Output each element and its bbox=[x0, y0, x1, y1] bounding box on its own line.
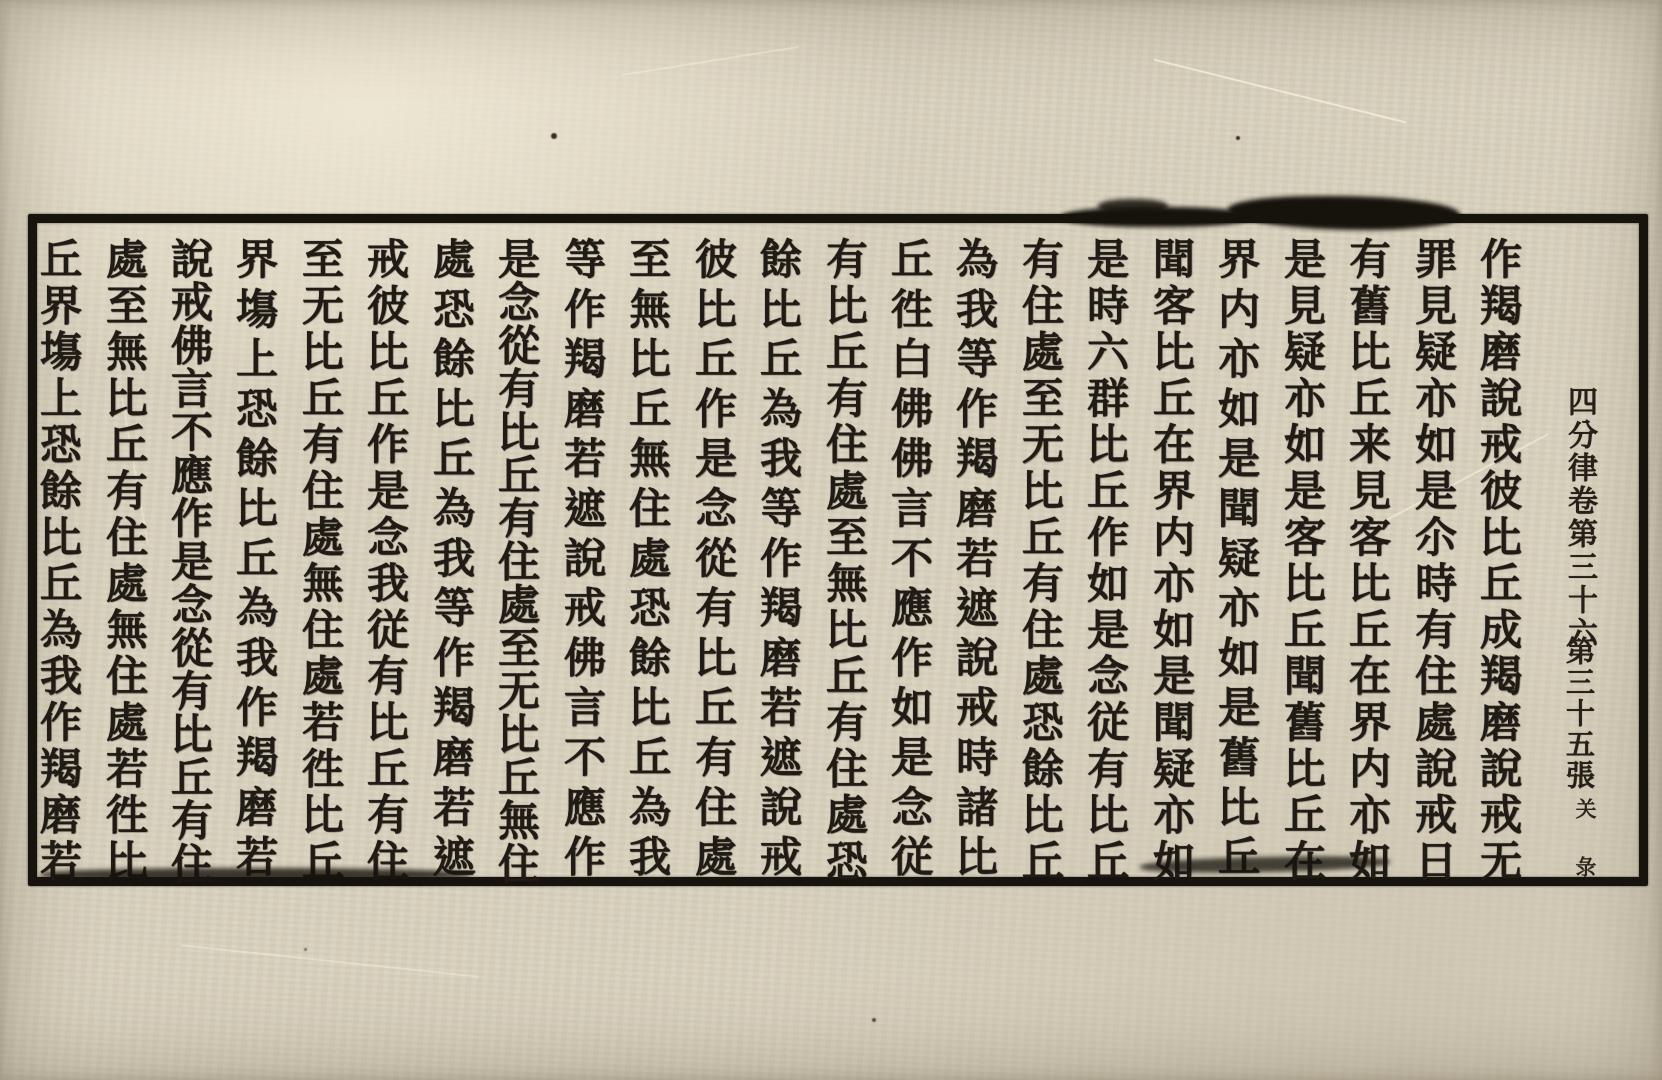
text-column-1: 作羯磨說戒彼比丘成羯磨說戒无 bbox=[1474, 237, 1522, 887]
ink-speck bbox=[551, 133, 557, 139]
manuscript-page: 作羯磨說戒彼比丘成羯磨說戒无罪見疑亦如是尒時有住處說戒日有舊比丘来見客比丘在界内… bbox=[0, 0, 1662, 1080]
paper-fiber bbox=[181, 944, 480, 977]
text-column-10: 丘徃白佛佛言不應作如是念従 bbox=[885, 237, 933, 887]
text-column-5: 界内亦如是聞疑亦如是舊比丘 bbox=[1212, 237, 1260, 887]
ink-speck bbox=[872, 1018, 876, 1022]
text-column-22: 處至無比丘有住處無住處若徃比 bbox=[100, 237, 148, 887]
text-column-2: 罪見疑亦如是尒時有住處說戒日 bbox=[1409, 237, 1457, 887]
text-column-18: 戒彼比丘作是念我従有比丘有住 bbox=[361, 237, 409, 887]
text-column-7: 是時六群比丘作如是念従有比丘 bbox=[1081, 237, 1129, 887]
text-column-4: 是見疑亦如是客比丘聞舊比丘在 bbox=[1278, 237, 1326, 887]
text-column-17: 處恐餘比丘為我等作羯磨若遮 bbox=[427, 237, 475, 887]
text-column-3: 有舊比丘来見客比丘在界内亦如 bbox=[1343, 237, 1391, 887]
text-column-12: 餘比丘為我等作羯磨若遮說戒 bbox=[754, 237, 802, 887]
margin-carver-mark-lower: 彔 bbox=[1570, 856, 1600, 877]
ink-smudge bbox=[1098, 199, 1168, 214]
text-column-8: 有住處至无比丘有住處恐餘比丘 bbox=[1016, 237, 1064, 887]
margin-carver-mark-upper: 关 bbox=[1570, 798, 1600, 819]
text-column-20: 界塲上恐餘比丘為我作羯磨若 bbox=[230, 237, 278, 887]
text-column-15: 等作羯磨若遮說戒佛言不應作 bbox=[558, 237, 606, 887]
text-column-14: 至無比丘無住處恐餘比丘為我 bbox=[623, 237, 671, 887]
text-column-13: 彼比丘作是念從有比丘有住處 bbox=[689, 237, 737, 887]
text-column-23: 丘界塲上恐餘比丘為我作羯磨若 bbox=[34, 237, 82, 887]
text-column-6: 聞客比丘在界内亦如是聞疑亦如 bbox=[1147, 237, 1195, 887]
ink-speck bbox=[1236, 136, 1240, 140]
margin-work-title: 四分律卷第三十六 bbox=[1561, 386, 1597, 650]
text-column-19: 至无比丘有住處無住處若徃比丘 bbox=[296, 237, 344, 887]
ink-smudge bbox=[40, 868, 470, 881]
text-column-16: 是念從有比丘有住處至无比丘無住 bbox=[492, 237, 540, 887]
margin-sheet-label: 第三十五張 bbox=[1561, 636, 1597, 791]
paper-fiber bbox=[1154, 59, 1407, 124]
paper-fiber bbox=[621, 46, 799, 76]
ink-speck bbox=[304, 948, 307, 951]
text-column-9: 為我等作羯磨若遮說戒時諸比 bbox=[950, 237, 998, 887]
text-column-21: 說戒佛言不應作是念從有比丘有住 bbox=[165, 237, 213, 887]
text-column-11: 有比丘有住處至無比丘有住處恐 bbox=[820, 237, 868, 887]
